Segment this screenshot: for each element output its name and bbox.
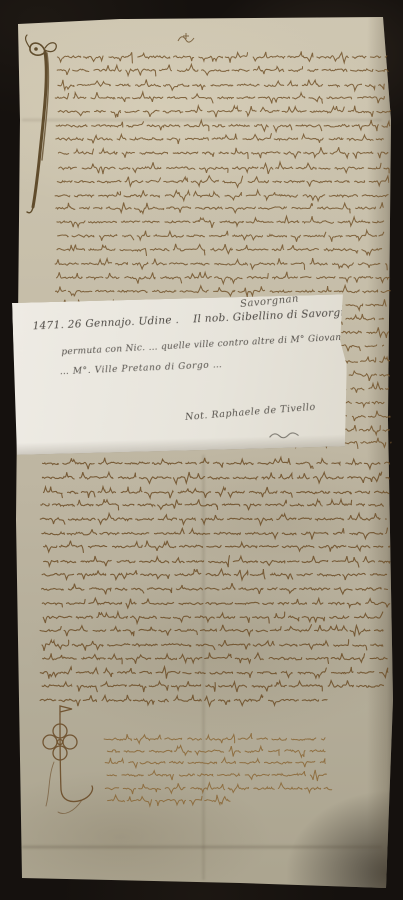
manuscript-text-line — [107, 770, 327, 781]
note-date-line: 1471. 26 Gennajo. Udine .Il nob. Gibelli… — [32, 306, 361, 332]
manuscript-text-line — [57, 216, 384, 228]
manuscript-text-line — [43, 612, 383, 623]
manuscript-text-line — [105, 783, 331, 794]
manuscript-text-line — [44, 556, 390, 568]
manuscript-text-line — [58, 80, 384, 91]
manuscript-text-line — [58, 147, 388, 158]
note-signature-flourish-icon — [267, 428, 301, 441]
manuscript-text-line — [108, 795, 230, 806]
manuscript-text-line — [57, 244, 382, 256]
note-notary-line: Not. Raphaele de Tivello — [185, 402, 316, 423]
manuscript-text-line — [42, 472, 389, 484]
manuscript-text-line — [55, 92, 384, 103]
archival-note-slip: Savorgnan 1471. 26 Gennajo. Udine .Il no… — [12, 294, 349, 455]
manuscript-text-line — [40, 667, 388, 679]
manuscript-text-line — [57, 64, 388, 76]
manuscript-text-line — [105, 758, 325, 768]
note-headline: Il nob. Gibellino di Savorgnan — [193, 306, 362, 325]
invocation-mark-icon — [178, 33, 194, 42]
manuscript-text-line — [44, 541, 390, 553]
manuscript-text-line — [55, 258, 387, 270]
manuscript-text-line — [40, 695, 327, 707]
manuscript-text-line — [57, 51, 386, 63]
manuscript-text-line — [42, 528, 388, 539]
manuscript-text-line — [58, 230, 384, 241]
note-date-place: 1471. 26 Gennajo. Udine . — [32, 314, 179, 332]
photo-stage: Savorgnan 1471. 26 Gennajo. Udine .Il no… — [0, 0, 403, 900]
manuscript-text-line — [43, 653, 387, 664]
manuscript-text-line — [58, 106, 390, 118]
manuscript-text-line — [57, 272, 390, 284]
manuscript-text-line — [104, 733, 325, 743]
manuscript-text-line — [42, 569, 386, 580]
manuscript-text-line — [42, 598, 389, 608]
manuscript-text-line — [41, 499, 384, 510]
manuscript-text-line — [59, 162, 389, 174]
manuscript-text-line — [56, 202, 383, 213]
note-summary-line-2: … M°. Ville Pretano di Gorgo … — [60, 360, 223, 377]
manuscript-text-line — [55, 190, 388, 201]
manuscript-text-line — [56, 134, 384, 144]
notary-signum-icon — [43, 706, 93, 814]
manuscript-text-line — [42, 583, 388, 594]
manuscript-text-line — [107, 746, 325, 757]
manuscript-text-line — [42, 640, 383, 651]
manuscript-text-line — [57, 176, 388, 187]
manuscript-text-line — [42, 680, 383, 692]
manuscript-text-line — [40, 625, 383, 637]
decorated-initial-icon — [26, 35, 57, 213]
manuscript-text-line — [44, 487, 389, 499]
note-summary-line-1: permuta con Nic. … quelle ville contro a… — [61, 332, 351, 357]
note-spacer — [179, 322, 193, 323]
manuscript-text-line — [56, 120, 390, 132]
manuscript-text-line — [40, 513, 386, 525]
manuscript-text-line — [43, 458, 390, 470]
